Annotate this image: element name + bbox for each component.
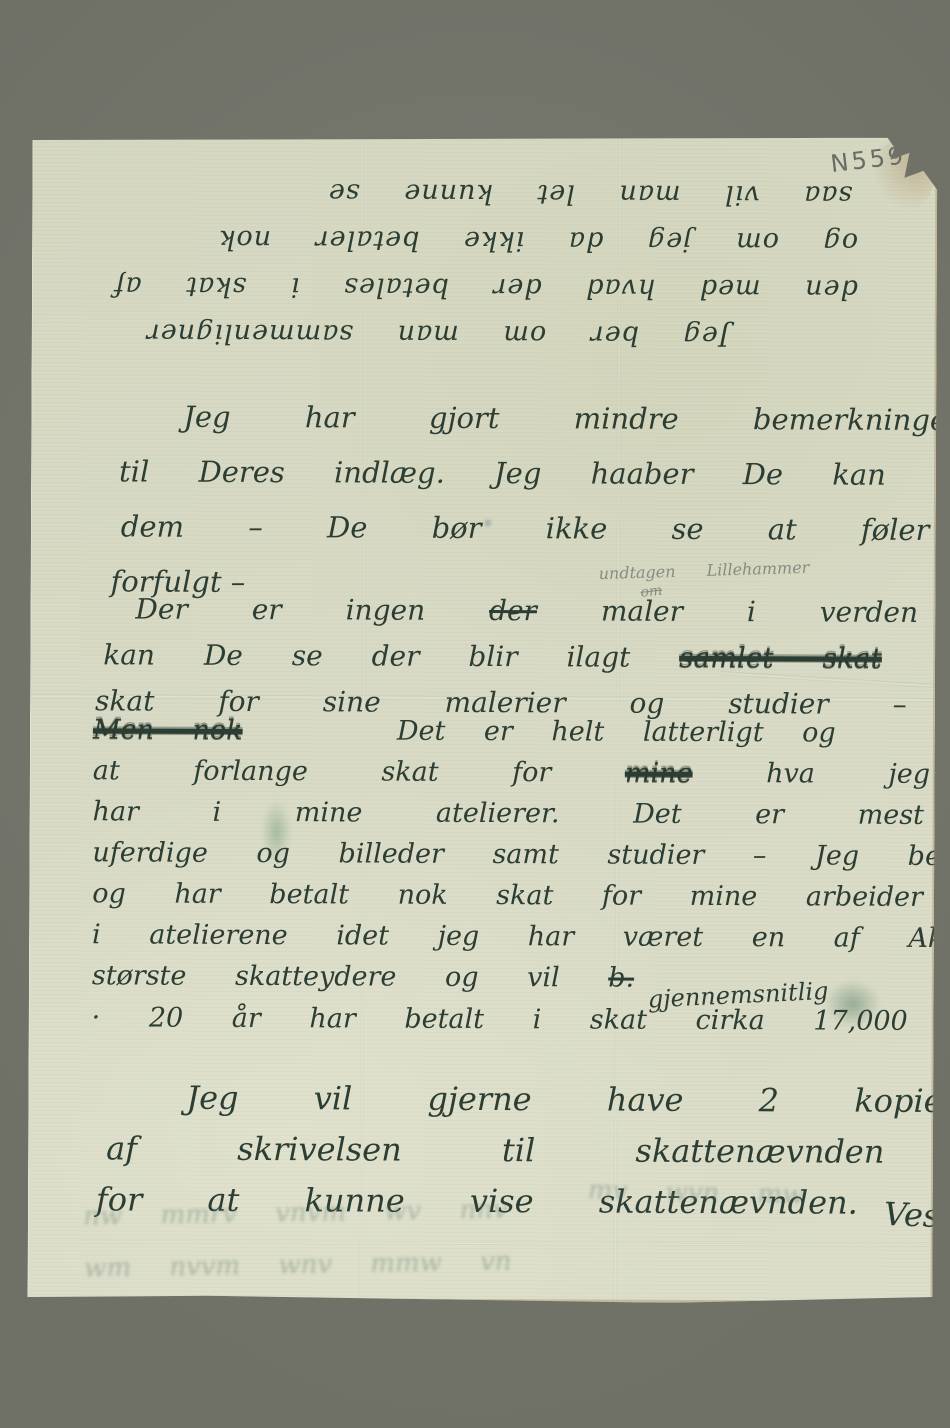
struck-word: mine (625, 758, 693, 789)
bleed-through-text-right: mv wvn mw (587, 1165, 805, 1222)
text-segment: maler i verden (601, 595, 918, 629)
struck-words: samlet skat (679, 641, 882, 675)
bleed-through-line: wm nvvm wnv mmw vn (84, 1236, 512, 1295)
text-segment: kan De se der blir ilagt (103, 638, 630, 673)
handwritten-line: Der er ingen der maler i verden (95, 586, 925, 636)
paragraph-tax-complaint: Men nok Det er helt latterligt og at for… (92, 709, 933, 1042)
photo-background: N559 Jeg ber om man sammenligner den med… (0, 0, 950, 1428)
bleed-through-line: nw mmrv vnvm wv nnv (83, 1184, 511, 1243)
inserted-word: gjennemsnitlig (647, 971, 829, 1021)
text-segment: største skatteydere og vil (92, 960, 560, 993)
handwritten-line: og har betalt nok skat for mine arbeider (92, 873, 932, 918)
handwritten-line: i atelierene idet jeg har været en af Ak… (92, 914, 932, 959)
inverted-line: den med hvad der betales i skat af (144, 263, 858, 313)
closing-word: Vestby (883, 1189, 950, 1244)
bleed-through-line: mv wvn mw (587, 1165, 805, 1222)
text-segment: Det er helt latterligt og (397, 716, 836, 749)
handwritten-line: at forlange skat for mine hva jeg (93, 750, 933, 795)
handwritten-line: har i mine atelierer. Det er mest (93, 791, 933, 836)
handwritten-line: af skrivelsen til skattenævnden (96, 1123, 941, 1178)
bleed-through-text: nw mmrv vnvm wv nnv wm nvvm wnv mmw vn (83, 1184, 512, 1295)
inverted-line: saa vil man let kunne se (144, 169, 858, 219)
handwritten-line: Men nok Det er helt latterligt og (93, 709, 933, 754)
struck-words: Men nok (93, 714, 243, 746)
inverted-line: Jeg ber om man sammenligner (144, 310, 858, 360)
handwritten-line: dem – De bør ikke se at føler mig (111, 499, 921, 558)
handwritten-line: største skatteydere og vil b.gjennemsnit… (92, 955, 932, 1001)
inverted-line: og om jeg da ikke betaler nok (144, 216, 858, 266)
paragraph-remarks: Jeg har gjort mindre bemerkninger til De… (110, 389, 921, 613)
handwritten-line: Jeg har gjort mindre bemerkninger (111, 389, 921, 448)
handwritten-line: kan De se der blir ilagt samlet skat (95, 632, 925, 682)
handwritten-line: uferdige og billeder samt studier – Jeg … (92, 832, 932, 877)
inverted-draft-block: Jeg ber om man sammenligner den med hvad… (144, 169, 859, 360)
manuscript-paper: N559 Jeg ber om man sammenligner den med… (27, 134, 937, 1304)
handwritten-line: til Deres indlæg. Jeg haaber De kan læse (111, 444, 921, 503)
struck-letter: b. (608, 963, 634, 994)
text-segment: at forlange skat for (93, 755, 552, 788)
paragraph-no-painter: Der er ingen der maler i verden kan De s… (95, 586, 926, 728)
handwritten-line: Jeg vil gjerne have 2 kopier (96, 1072, 941, 1127)
text-segment: hva jeg (766, 758, 930, 790)
struck-word: der (489, 594, 537, 627)
text-segment: Der er ingen (135, 592, 425, 626)
